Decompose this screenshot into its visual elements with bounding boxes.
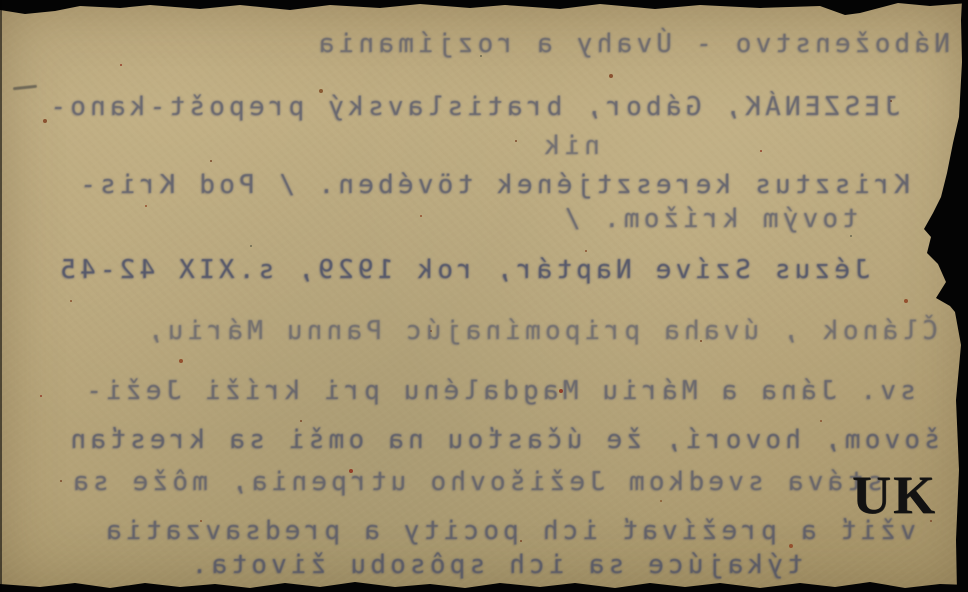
typed-line: stáva svedkom Ježišovho utrpenia, môže s…	[69, 468, 883, 496]
mirrored-bleedthrough-text: Náboženstvo - Úvahy a rozjímania JESZENÁ…	[0, 0, 968, 592]
typed-line: tovým krížom. /	[560, 205, 858, 233]
typed-line: Krisztus keresztjének tövében. / Pod Kri…	[76, 171, 910, 199]
typed-line: šovom, hovorí, že účasťou na omši sa kre…	[66, 426, 940, 454]
typed-line: nik	[540, 132, 600, 160]
scanned-card-page: Náboženstvo - Úvahy a rozjímania JESZENÁ…	[0, 0, 968, 592]
typed-line: týkajúce sa ich spôsobu života.	[188, 551, 803, 579]
catalog-card-paper: Náboženstvo - Úvahy a rozjímania JESZENÁ…	[0, 0, 968, 592]
typed-line: Náboženstvo - Úvahy a rozjímania	[315, 30, 950, 58]
typed-line: JESZENÁK, Gábor, bratislavský prepošt-ka…	[46, 93, 900, 121]
typed-line: sv. Jána a Máriu Magdalénu pri kríži Jež…	[82, 377, 916, 405]
typed-line: Jézus Szíve Naptár, rok 1929, s.XIX 42-4…	[56, 256, 870, 284]
uk-library-stamp: UK	[852, 468, 937, 522]
typed-line: Článok , úvaha pripomínajúc Pannu Máriu,	[144, 317, 938, 345]
typed-line: vžiť a prežívať ich pocity a predsavzati…	[102, 517, 916, 545]
